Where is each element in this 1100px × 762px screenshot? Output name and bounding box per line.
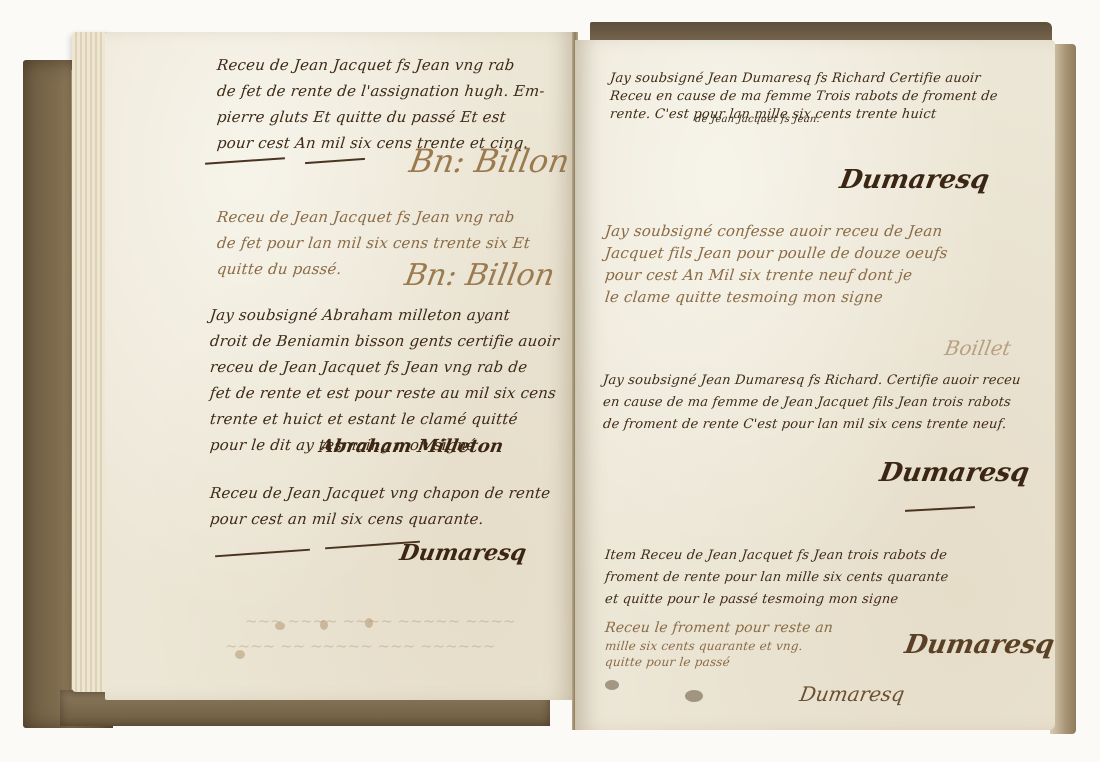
interlinear-note: de Jean Jacquet fs Jean. <box>694 114 820 126</box>
manuscript-photograph: Receu de Jean Jacquet fs Jean vng rab de… <box>0 0 1100 762</box>
handwritten-line: Jay soubsigné confesse auoir receu de Je… <box>604 220 949 242</box>
ink-stain <box>235 650 245 659</box>
signature-milleton: Abraham Milleton <box>318 436 505 457</box>
left-page: Receu de Jean Jacquet fs Jean vng rab de… <box>105 32 575 700</box>
ink-stain <box>320 620 328 630</box>
handwritten-line: froment de rente pour lan mille six cent… <box>604 567 950 589</box>
handwritten-line: Item Receu de Jean Jacquet fs Jean trois… <box>604 545 950 567</box>
right-page: Jay soubsigné Jean Dumaresq fs Richard C… <box>575 40 1055 730</box>
handwritten-line: de fet de rente de l'assignation hugh. E… <box>216 78 546 104</box>
signature-dumaresq: Dumaresq <box>902 630 1056 660</box>
ink-stain <box>275 622 285 630</box>
handwritten-line: le clame quitte tesmoing mon signe <box>604 286 949 308</box>
handwritten-line: Receu de Jean Jacquet vng chapon de rent… <box>209 480 552 506</box>
bleed-through-text: ~~~ ~~~~ ~~~~ ~~~~~ ~~~~ <box>245 612 515 630</box>
handwritten-line: Jay soubsigné Abraham milleton ayant <box>209 302 561 328</box>
handwritten-line: Receu de Jean Jacquet fs Jean vng rab <box>216 52 546 78</box>
bleed-through-text: ~~~~ ~~ ~~~~~ ~~~ ~~~~~~ <box>225 637 495 655</box>
handwritten-line: de fet pour lan mil six cens trente six … <box>216 230 532 256</box>
left-entry-3: Jay soubsigné Abraham milleton ayant dro… <box>210 302 559 458</box>
handwritten-line: fet de rente et est pour reste au mil si… <box>209 380 561 406</box>
handwritten-line: Receu de Jean Jacquet fs Jean vng rab <box>216 204 532 230</box>
pen-flourish <box>215 549 310 558</box>
handwritten-line: droit de Beniamin bisson gents certifie … <box>209 328 561 354</box>
pen-flourish <box>905 506 975 512</box>
handwritten-line: mille six cents quarante et vng. <box>604 638 834 654</box>
handwritten-line: en cause de ma femme de Jean Jacquet fil… <box>602 392 1022 414</box>
right-entry-3: Jay soubsigné Jean Dumaresq fs Richard. … <box>603 370 1021 436</box>
left-entry-1: Receu de Jean Jacquet fs Jean vng rab de… <box>217 52 545 156</box>
handwritten-line: Receu en cause de ma femme Trois rabots … <box>609 88 998 106</box>
signature-billon: Bn: Billon <box>407 142 573 180</box>
pen-flourish <box>205 157 285 165</box>
handwritten-line: Jay soubsigné Jean Dumaresq fs Richard. … <box>602 370 1022 392</box>
handwritten-line: trente et huict et estant le clamé quitt… <box>209 406 561 432</box>
handwritten-line: pour cest An Mil six trente neuf dont je <box>604 264 949 286</box>
handwritten-line: receu de Jean Jacquet fs Jean vng rab de <box>209 354 561 380</box>
handwritten-line: pour cest an mil six cens quarante. <box>209 506 552 532</box>
handwritten-line: Receu le froment pour reste an <box>604 618 834 638</box>
pen-flourish <box>305 158 365 164</box>
ink-stain <box>685 690 703 702</box>
signature-billon: Bn: Billon <box>402 258 557 293</box>
handwritten-line: pierre gluts Et quitte du passé Et est <box>216 104 546 130</box>
handwritten-line: et quitte pour le passé tesmoing mon sig… <box>604 589 950 611</box>
ink-stain <box>605 680 619 690</box>
right-entry-5: Receu le froment pour reste an mille six… <box>605 618 833 670</box>
signature-dumaresq: Dumaresq <box>837 165 991 195</box>
handwritten-line: quitte pour le passé <box>604 654 834 670</box>
handwritten-line: Jay soubsigné Jean Dumaresq fs Richard C… <box>609 70 998 88</box>
signature-dumaresq: Dumaresq <box>877 458 1031 488</box>
right-entry-4: Item Receu de Jean Jacquet fs Jean trois… <box>605 545 948 611</box>
handwritten-line: de froment de rente C'est pour lan mil s… <box>602 414 1022 436</box>
left-entry-4: Receu de Jean Jacquet vng chapon de rent… <box>210 480 550 532</box>
handwritten-line: Jacquet fils Jean pour poulle de douze o… <box>604 242 949 264</box>
right-entry-2: Jay soubsigné confesse auoir receu de Je… <box>605 220 948 308</box>
signature-dumaresq: Dumaresq <box>398 540 529 566</box>
ink-stain <box>365 618 373 628</box>
signature-boillet: Boillet <box>943 336 1013 360</box>
signature-dumaresq-faded: Dumaresq <box>798 682 907 706</box>
